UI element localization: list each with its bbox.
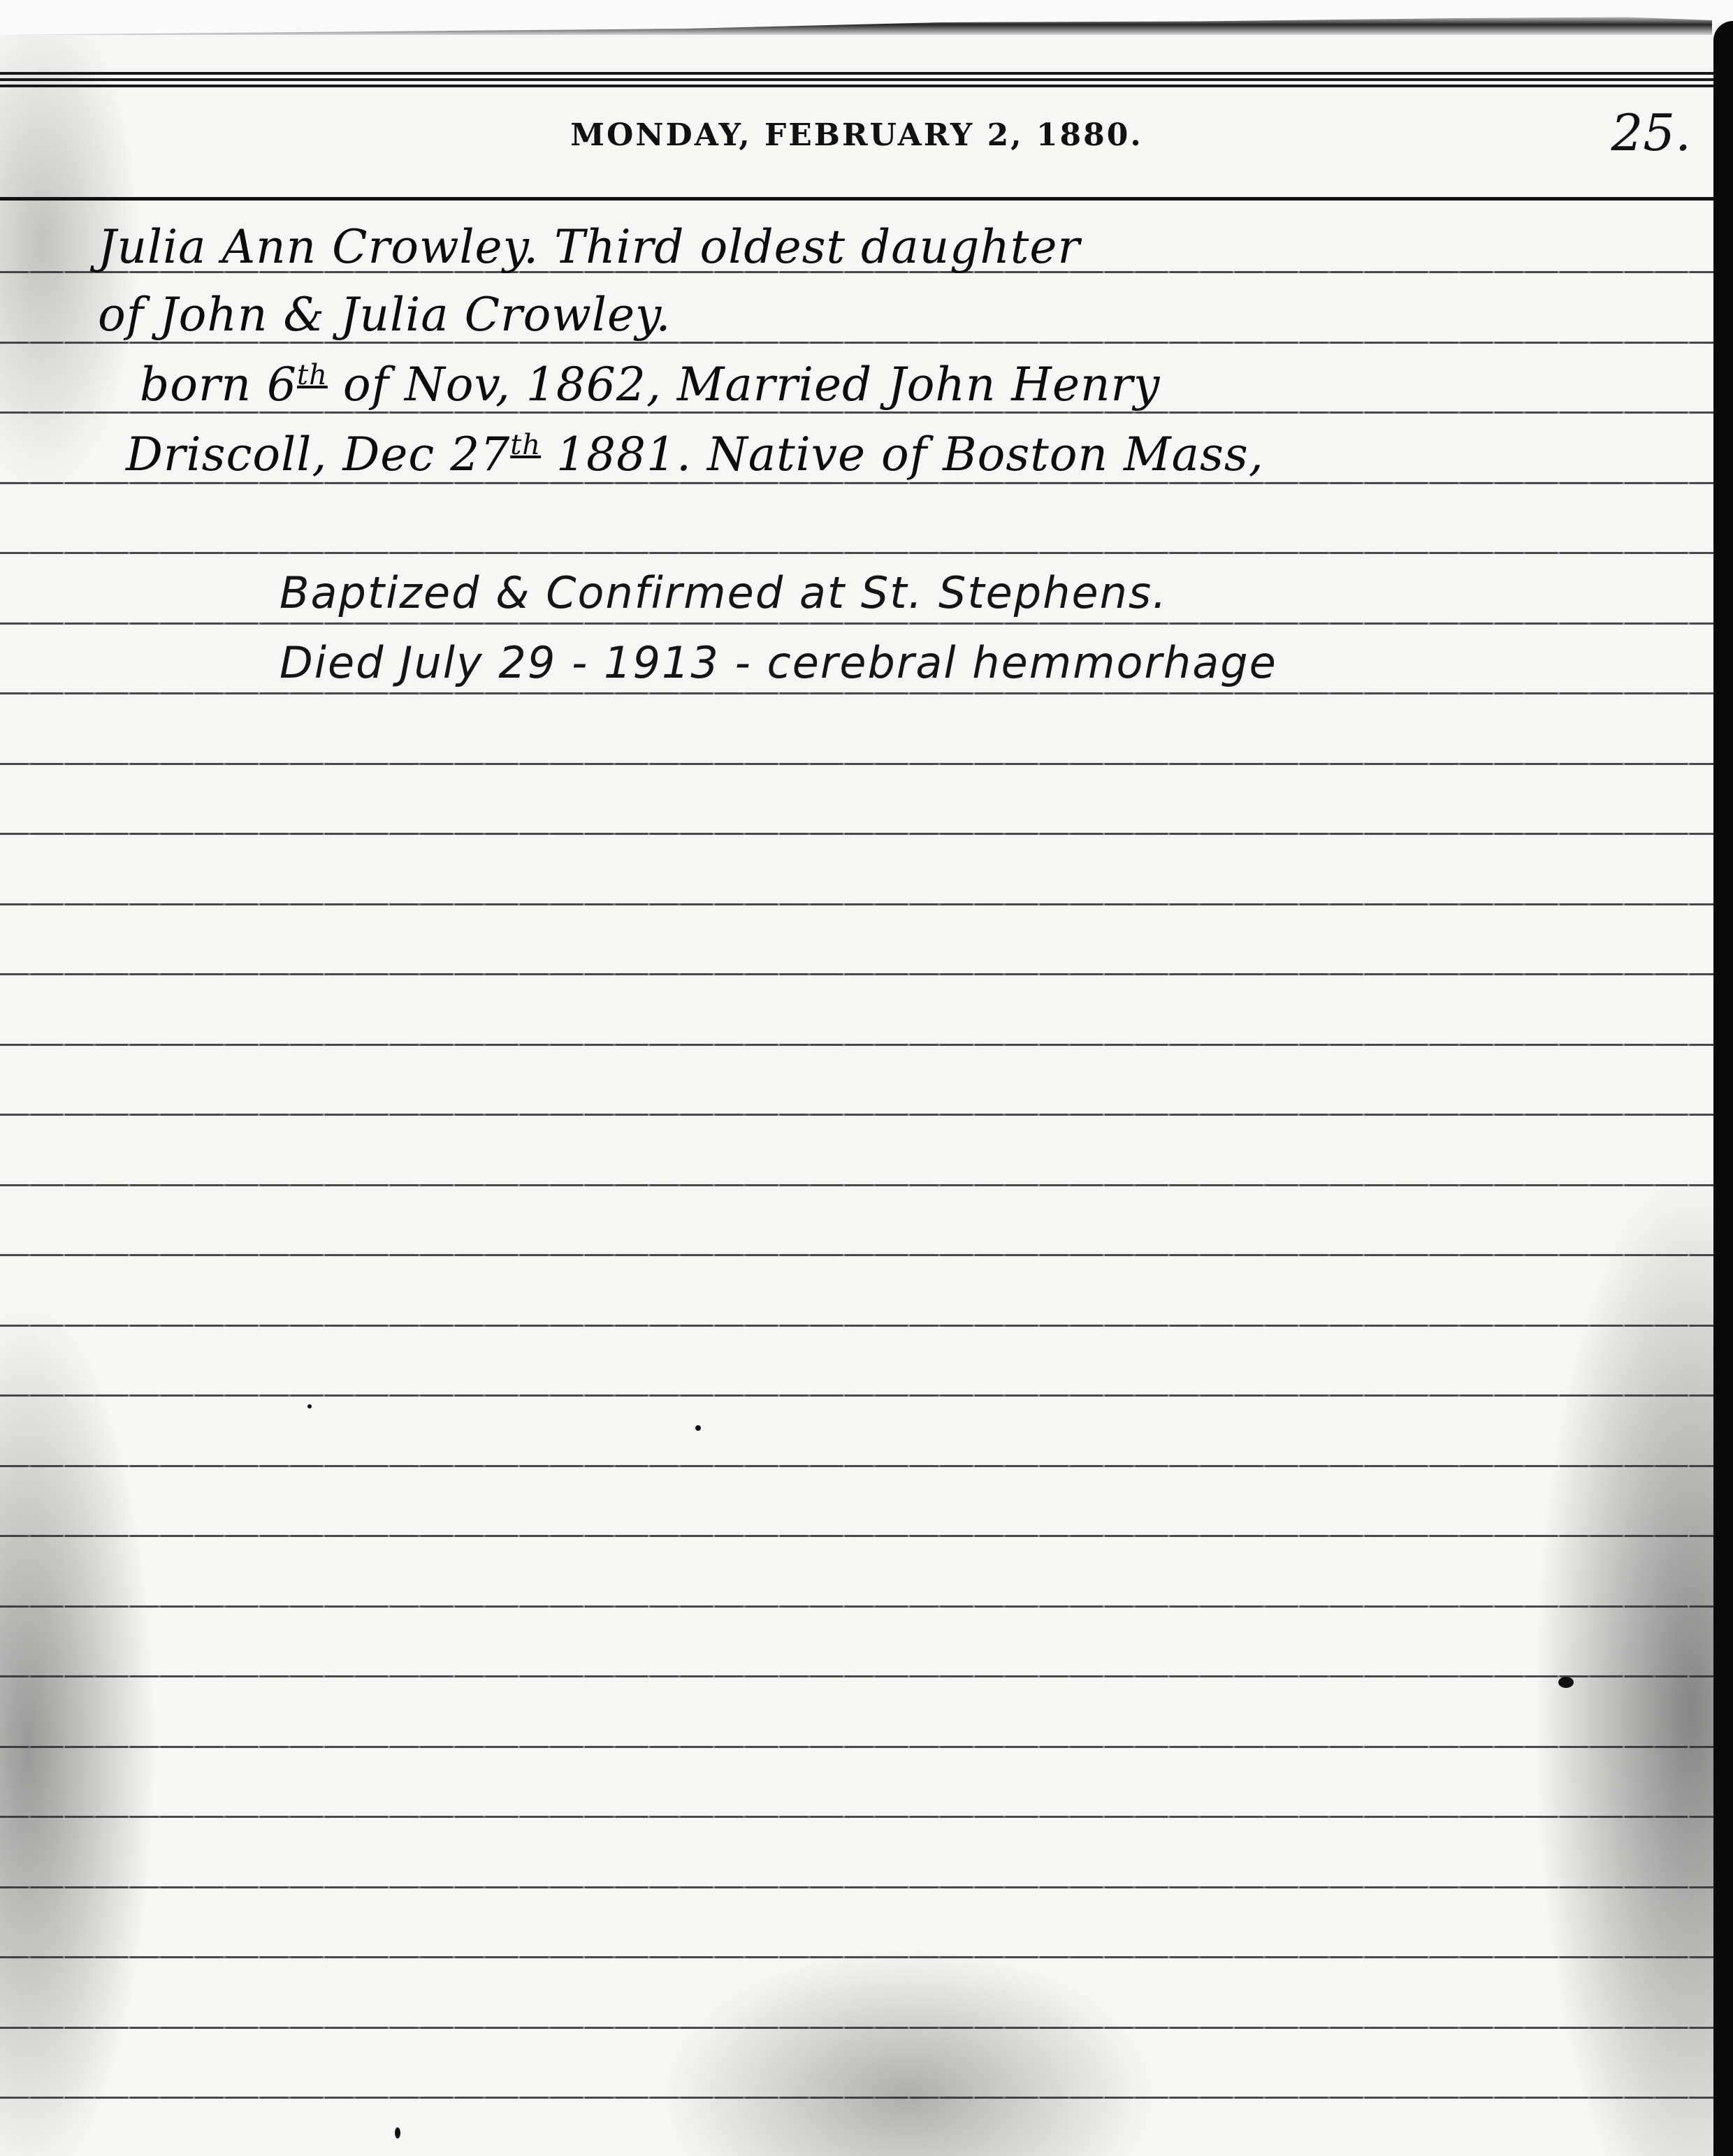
ruled-line — [0, 763, 1713, 765]
ruled-line — [0, 973, 1713, 975]
date-heading: MONDAY, FEBRUARY 2, 1880. — [0, 117, 1713, 153]
ruled-line — [0, 2097, 1713, 2099]
ruled-line — [0, 692, 1713, 694]
header-triple-rule — [0, 78, 1713, 81]
ruled-line — [0, 1886, 1713, 1888]
entry-line-1: Julia Ann Crowley. Third oldest daughter — [98, 220, 1080, 274]
ruled-line — [0, 1044, 1713, 1046]
ruled-line — [0, 1184, 1713, 1186]
entry-line-2: of John & Julia Crowley. — [98, 288, 672, 342]
ruled-line — [0, 1535, 1713, 1537]
ruled-line — [0, 342, 1713, 344]
ruled-line — [0, 622, 1713, 625]
entry-line-4: Driscoll, Dec 27th 1881. Native of Bosto… — [126, 428, 1264, 481]
ruled-line — [0, 833, 1713, 835]
header-triple-rule — [0, 72, 1713, 75]
ink-spot — [695, 1425, 701, 1431]
diary-page: MONDAY, FEBRUARY 2, 1880. 25. Julia Ann … — [0, 0, 1733, 2156]
ink-spot — [1558, 1677, 1574, 1688]
ruled-line — [0, 411, 1713, 414]
entry-line-3: born 6th of Nov, 1862, Married John Henr… — [140, 358, 1160, 411]
ruled-line — [0, 1605, 1713, 1608]
ruled-line — [0, 1254, 1713, 1256]
header-rule — [0, 197, 1713, 201]
ordinal-suffix: th — [297, 359, 328, 391]
header-triple-rule — [0, 85, 1713, 87]
ruled-line — [0, 903, 1713, 905]
ruled-line — [0, 1465, 1713, 1467]
ruled-line — [0, 2027, 1713, 2029]
ordinal-suffix: th — [510, 429, 541, 461]
addendum-line-2: Died July 29 - 1913 - cerebral hemmorhag… — [280, 637, 1277, 688]
entry-line-3-text: born 6 — [140, 358, 297, 411]
ruled-line — [0, 1114, 1713, 1116]
ruled-line — [0, 1325, 1713, 1327]
page-right-edge — [1713, 21, 1733, 2156]
ruled-line — [0, 1816, 1713, 1818]
ruled-line — [0, 1394, 1713, 1397]
ink-spot — [395, 2127, 400, 2139]
ruled-line — [0, 1746, 1713, 1748]
ink-spot — [307, 1404, 312, 1408]
ruled-line — [0, 552, 1713, 554]
ruled-line — [0, 1675, 1713, 1677]
ruled-line — [0, 482, 1713, 484]
entry-line-4-text: Driscoll, Dec 27 — [126, 428, 510, 481]
entry-line-3-text: of Nov, 1862, Married John Henry — [328, 358, 1161, 411]
addendum-line-1: Baptized & Confirmed at St. Stephens. — [280, 567, 1168, 618]
ruled-line — [0, 1956, 1713, 1958]
entry-line-4-text: 1881. Native of Boston Mass, — [541, 428, 1264, 481]
page-number: 25. — [1611, 103, 1691, 162]
